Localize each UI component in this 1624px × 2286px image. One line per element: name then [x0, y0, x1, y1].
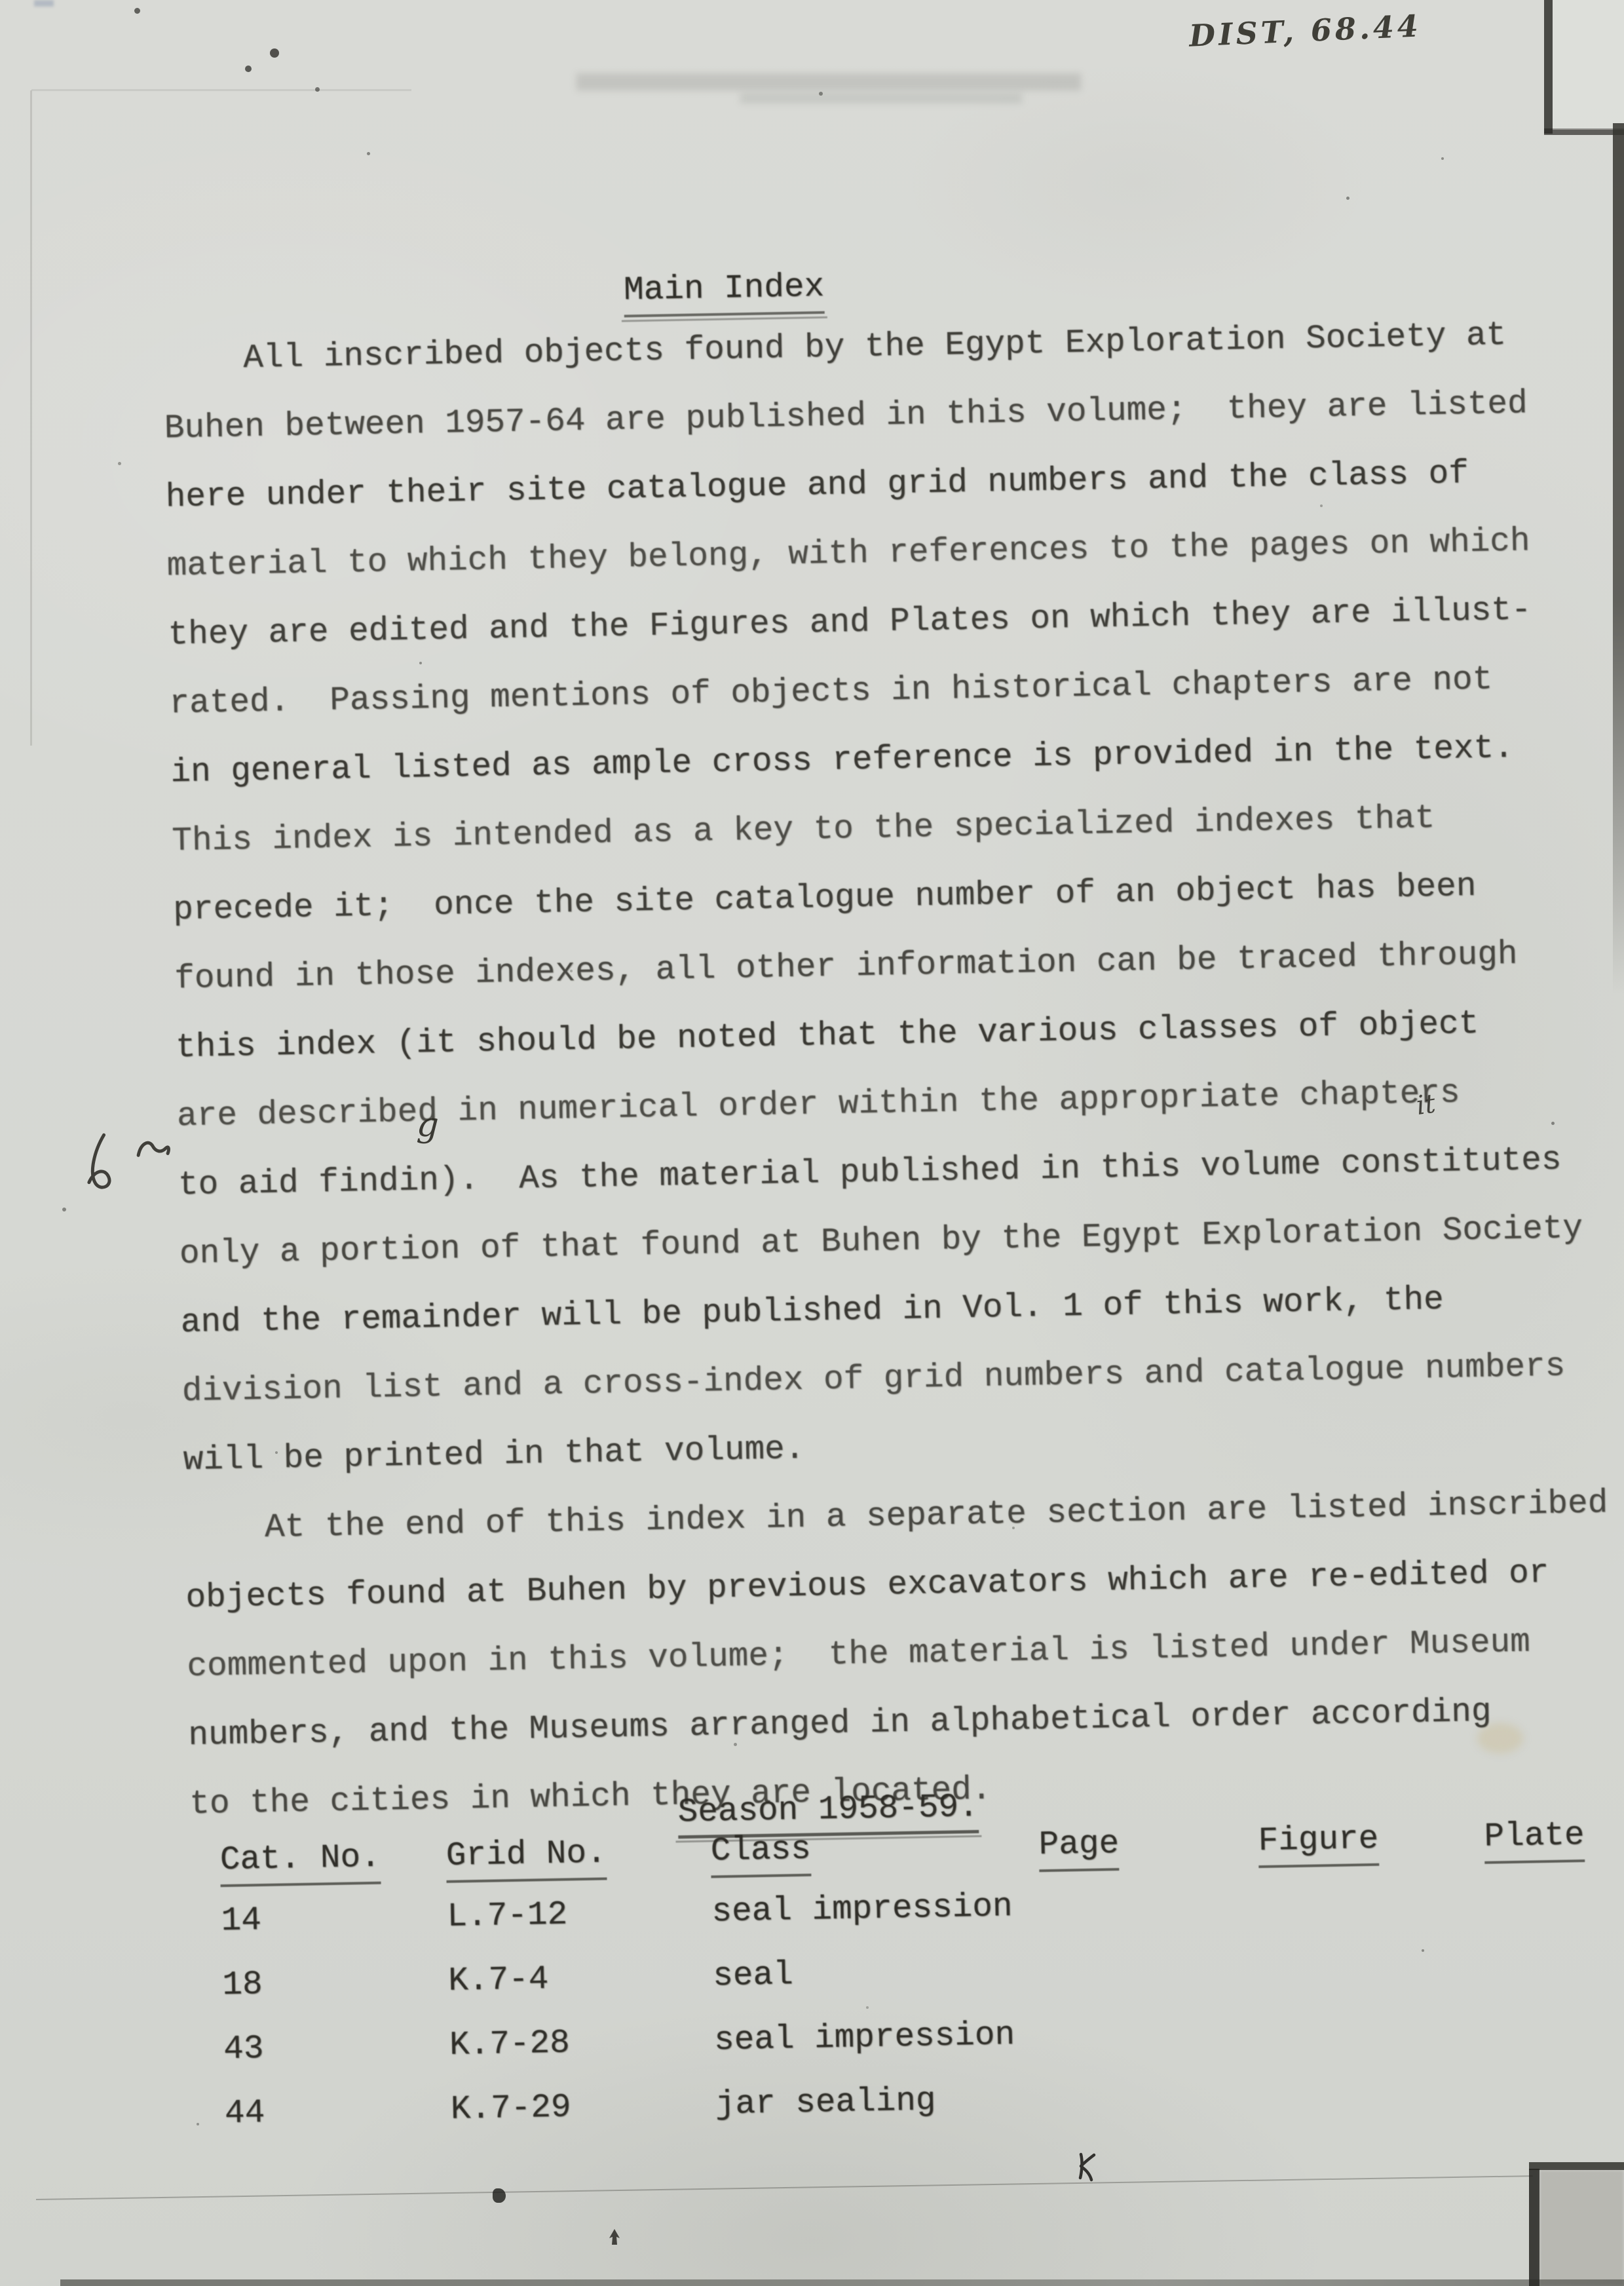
- column-header: Page: [1038, 1825, 1120, 1872]
- table-rows: 14L.7-12seal impression18K.7-4seal43K.7-…: [0, 0, 1603, 3]
- text-line: rated. Passing mentions of objects in hi…: [169, 657, 1493, 727]
- table-cell-grid: K.7-4: [448, 1961, 549, 2000]
- text-line: At the end of this index in a separate s…: [184, 1481, 1608, 1553]
- table-cell-class: seal impression: [711, 1888, 1013, 1931]
- text-line: This index is intended as a key to the s…: [172, 796, 1435, 865]
- page-title: Main Index: [624, 269, 825, 318]
- text-line: they are edited and the Figures and Plat…: [168, 588, 1532, 658]
- table-row: 14L.7-12seal impression: [14, 1877, 1624, 1954]
- table-season-header: Season 1958-59.: [677, 1789, 979, 1838]
- stray-ink-mark: [607, 2228, 622, 2246]
- table-row: 43K.7-28seal impression: [17, 2005, 1624, 2082]
- text-line: division list and a cross-index of grid …: [181, 1344, 1566, 1415]
- table-cell-class: jar sealing: [715, 2082, 936, 2124]
- page-content: Main Index All inscribed objects found b…: [0, 0, 1624, 2286]
- stray-ink-mark: [1073, 2150, 1102, 2183]
- text-line: Buhen between 1957-64 are published in t…: [164, 381, 1528, 452]
- text-line: in general listed as ample cross referen…: [170, 726, 1514, 797]
- column-header: Cat. No.: [219, 1839, 381, 1887]
- text-line: numbers, and the Museums arranged in alp…: [188, 1690, 1492, 1759]
- text-line: and the remainder will be published in V…: [180, 1278, 1444, 1346]
- handwritten-correction-it: it: [1414, 1088, 1437, 1121]
- text-line: objects found at Buhen by previous excav…: [185, 1551, 1549, 1622]
- table-cell-cat: 18: [222, 1966, 263, 2004]
- table-cell-grid: K.7-29: [450, 2089, 571, 2128]
- text-line: are described in numerical order within …: [176, 1071, 1460, 1140]
- text-line: to aid findin). As the material publishe…: [178, 1137, 1562, 1209]
- column-header: Plate: [1484, 1817, 1585, 1864]
- text-line: commented upon in this volume; the mater…: [187, 1620, 1530, 1690]
- table-cell-class: seal impression: [714, 2017, 1015, 2059]
- text-line: All inscribed objects found by the Egypt…: [162, 313, 1506, 384]
- text-line: material to which they belong, with refe…: [166, 519, 1530, 590]
- text-line: this index (it should be noted that the …: [176, 1002, 1479, 1071]
- table-cell-grid: K.7-28: [449, 2025, 571, 2064]
- text-line: found in those indexes, all other inform…: [174, 932, 1518, 1003]
- handwritten-margin-marks: [58, 1124, 177, 1205]
- table-cell-cat: 43: [223, 2030, 264, 2068]
- column-header: Grid No.: [445, 1835, 607, 1882]
- table-cell-grid: L.7-12: [447, 1896, 568, 1935]
- text-line: will be printed in that volume.: [183, 1427, 805, 1484]
- text-line: only a portion of that found at Buhen by…: [179, 1206, 1583, 1278]
- text-line: precede it; once the site catalogue numb…: [173, 864, 1477, 934]
- table-row: 18K.7-4seal: [16, 1941, 1624, 2017]
- text-line: here under their site catalogue and grid…: [165, 451, 1469, 521]
- table-cell-class: seal: [713, 1956, 793, 1995]
- column-header: Figure: [1258, 1821, 1379, 1868]
- table-header-row: Cat. No.Grid No.ClassPageFigurePlate: [0, 0, 1603, 3]
- column-header: Class: [710, 1831, 811, 1878]
- handwritten-correction-g: g: [416, 1105, 440, 1145]
- scanned-page: DIST, 68.44 Main Index All inscribed obj…: [0, 0, 1624, 2286]
- body-text: All inscribed objects found by the Egypt…: [0, 0, 1603, 3]
- table-cell-cat: 14: [221, 1902, 261, 1940]
- table-cell-cat: 44: [224, 2095, 265, 2133]
- table-row: 44K.7-29jar sealing: [18, 2069, 1624, 2146]
